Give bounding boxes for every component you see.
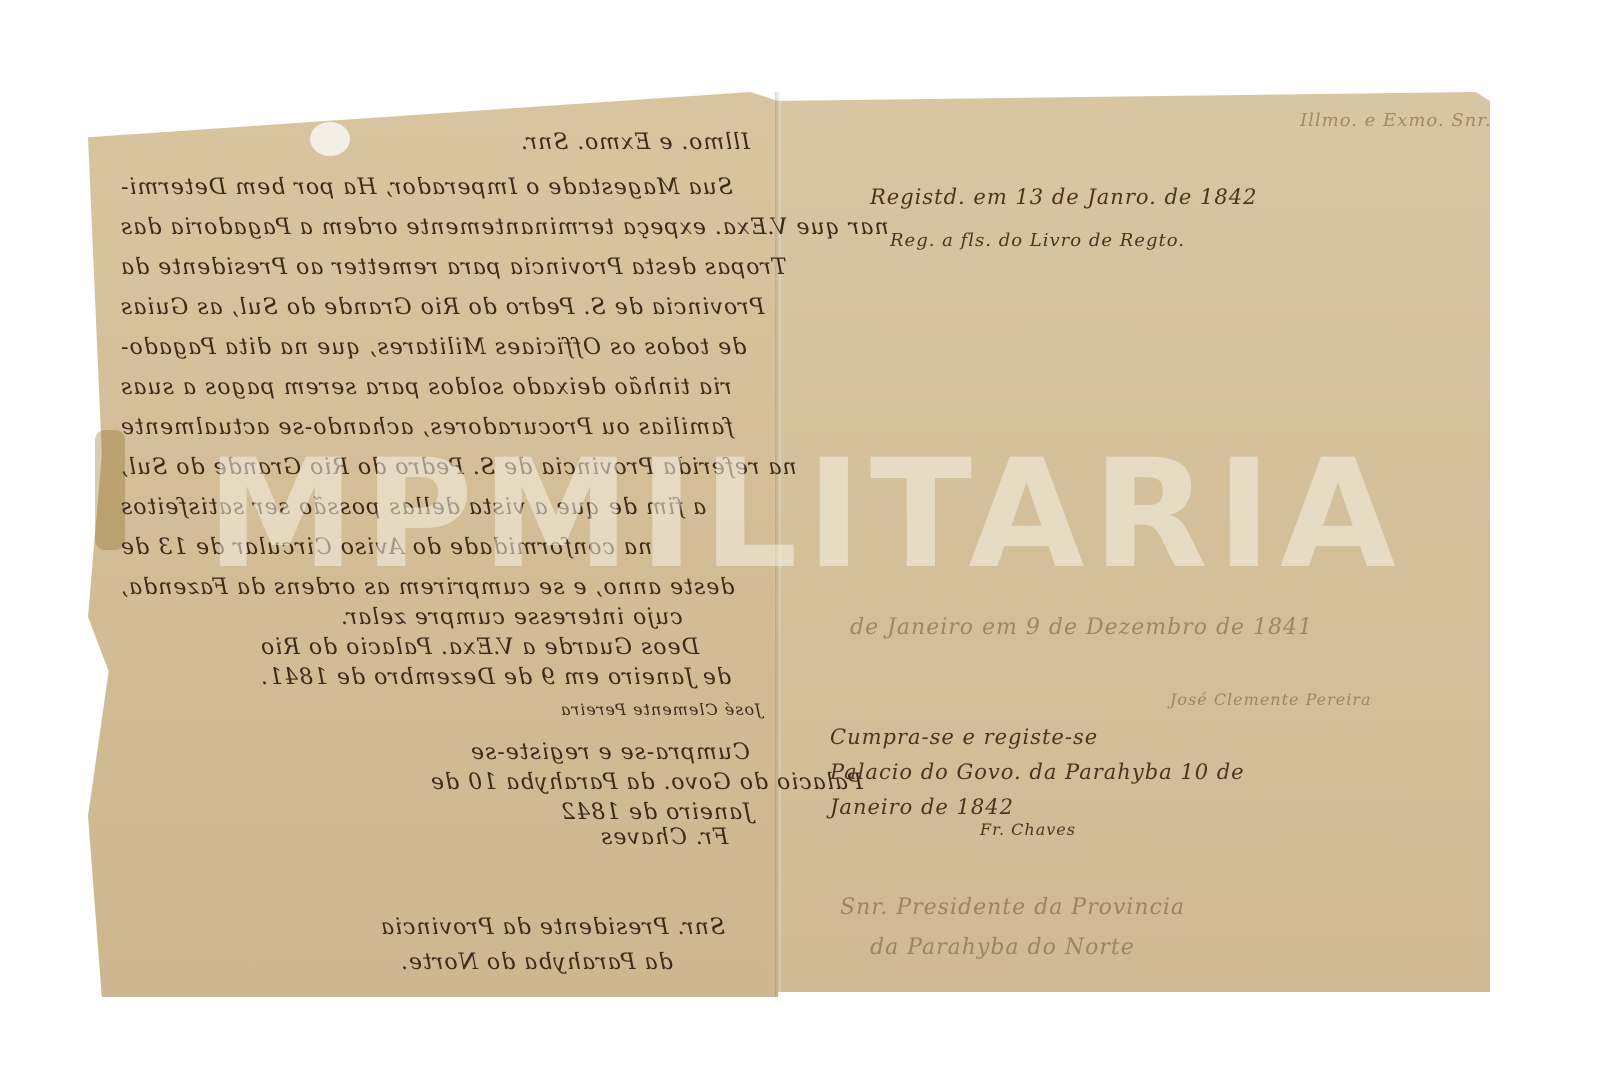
left-line: ria tinhão deixado soldos para serem pag… — [120, 375, 732, 400]
left-annotation: Fr. Chaves — [600, 825, 728, 850]
left-annotation: Janeiro de 1842 — [560, 800, 752, 825]
right-annotation-sign: Fr. Chaves — [980, 820, 1076, 839]
left-line: Provincia de S. Pedro do Rio Grande do S… — [120, 295, 765, 320]
left-line: nar que V.Exa. expeça terminantemente or… — [120, 215, 889, 240]
watermark: MPMILITARIA — [160, 440, 1450, 590]
paper-stain — [95, 430, 125, 550]
registration-note: Registd. em 13 de Janro. de 1842 — [870, 185, 1257, 209]
left-line: Sua Magestade o Imperador, Ha por bem De… — [120, 175, 733, 200]
left-annotation: Cumpra-se e registe-se — [470, 740, 750, 765]
left-header: Illmo. e Exmo. Snr. — [520, 130, 750, 155]
left-annotation: Palacio do Govo. da Parahyba 10 de — [430, 770, 863, 795]
left-line: Deos Guarde a V.Exa. Palacio do Rio — [260, 635, 699, 660]
left-signature: José Clemente Pereira — [560, 700, 762, 719]
right-annotation: Palacio do Govo. da Parahyba 10 de — [830, 760, 1245, 784]
left-line: de Janeiro em 9 de Dezembro de 1841. — [260, 665, 731, 690]
left-addressee: da Parahyba do Norte. — [400, 950, 673, 975]
right-annotation: Janeiro de 1842 — [830, 795, 1014, 819]
left-line: cujo interesse cumpre zelar. — [340, 605, 683, 630]
left-line: de todos os Officiaes Militares, que na … — [120, 335, 746, 360]
right-addressee: Snr. Presidente da Provincia — [840, 895, 1185, 920]
left-line: Tropas desta Provincia para remetter ao … — [120, 255, 787, 280]
right-header: Illmo. e Exmo. Snr. — [1300, 110, 1492, 131]
right-signature: José Clemente Pereira — [1170, 690, 1372, 709]
right-addressee: da Parahyba do Norte — [870, 935, 1135, 960]
left-addressee: Snr. Presidente da Provincia — [380, 915, 725, 940]
paper-hole — [310, 122, 350, 156]
registration-sub: Reg. a fls. do Livro de Regto. — [890, 230, 1185, 251]
date-line: de Janeiro em 9 de Dezembro de 1841 — [850, 615, 1313, 640]
right-annotation: Cumpra-se e registe-se — [830, 725, 1098, 749]
